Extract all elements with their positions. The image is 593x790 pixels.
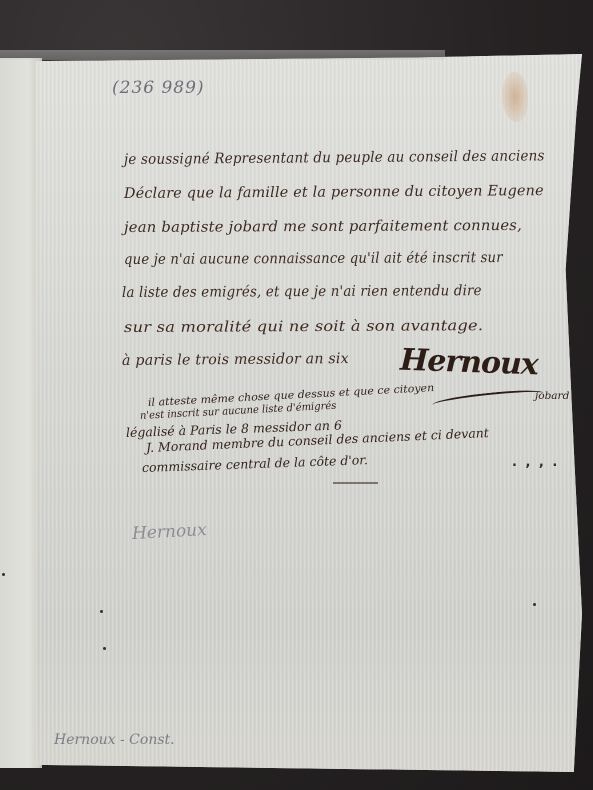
body-line-2: Déclare que la famille et la personne du…	[124, 183, 544, 202]
body-line-4: que je n'ai aucune connaissance qu'il ai…	[124, 250, 503, 268]
annotation-underline	[333, 482, 378, 484]
paper-stain	[502, 72, 528, 122]
pencil-bottom-label: Hernoux - Const.	[54, 732, 175, 748]
signature-hernoux: Hernoux	[399, 343, 538, 383]
ink-speck	[100, 610, 103, 613]
ink-speck	[2, 573, 5, 576]
annotation-jobard: jobard	[535, 390, 569, 402]
archive-reference-number: (236 989)	[112, 78, 205, 98]
photo-scene: (236 989) je soussigné Representant du p…	[0, 0, 593, 790]
folded-back-sheet	[0, 58, 42, 768]
annotation-marks: . , , .	[512, 455, 559, 470]
body-line-5: la liste des emigrés, et que je n'ai rie…	[122, 283, 482, 301]
body-line-6: sur sa moralité qui ne soit à son avanta…	[124, 318, 483, 336]
ink-speck	[533, 603, 536, 606]
pencil-signature: Hernoux	[132, 520, 208, 544]
date-line: à paris le trois messidor an six	[122, 351, 349, 369]
protective-sleeve-edge	[0, 50, 445, 60]
body-line-3: jean baptiste jobard me sont parfaitemen…	[124, 218, 522, 236]
ink-speck	[103, 647, 106, 650]
